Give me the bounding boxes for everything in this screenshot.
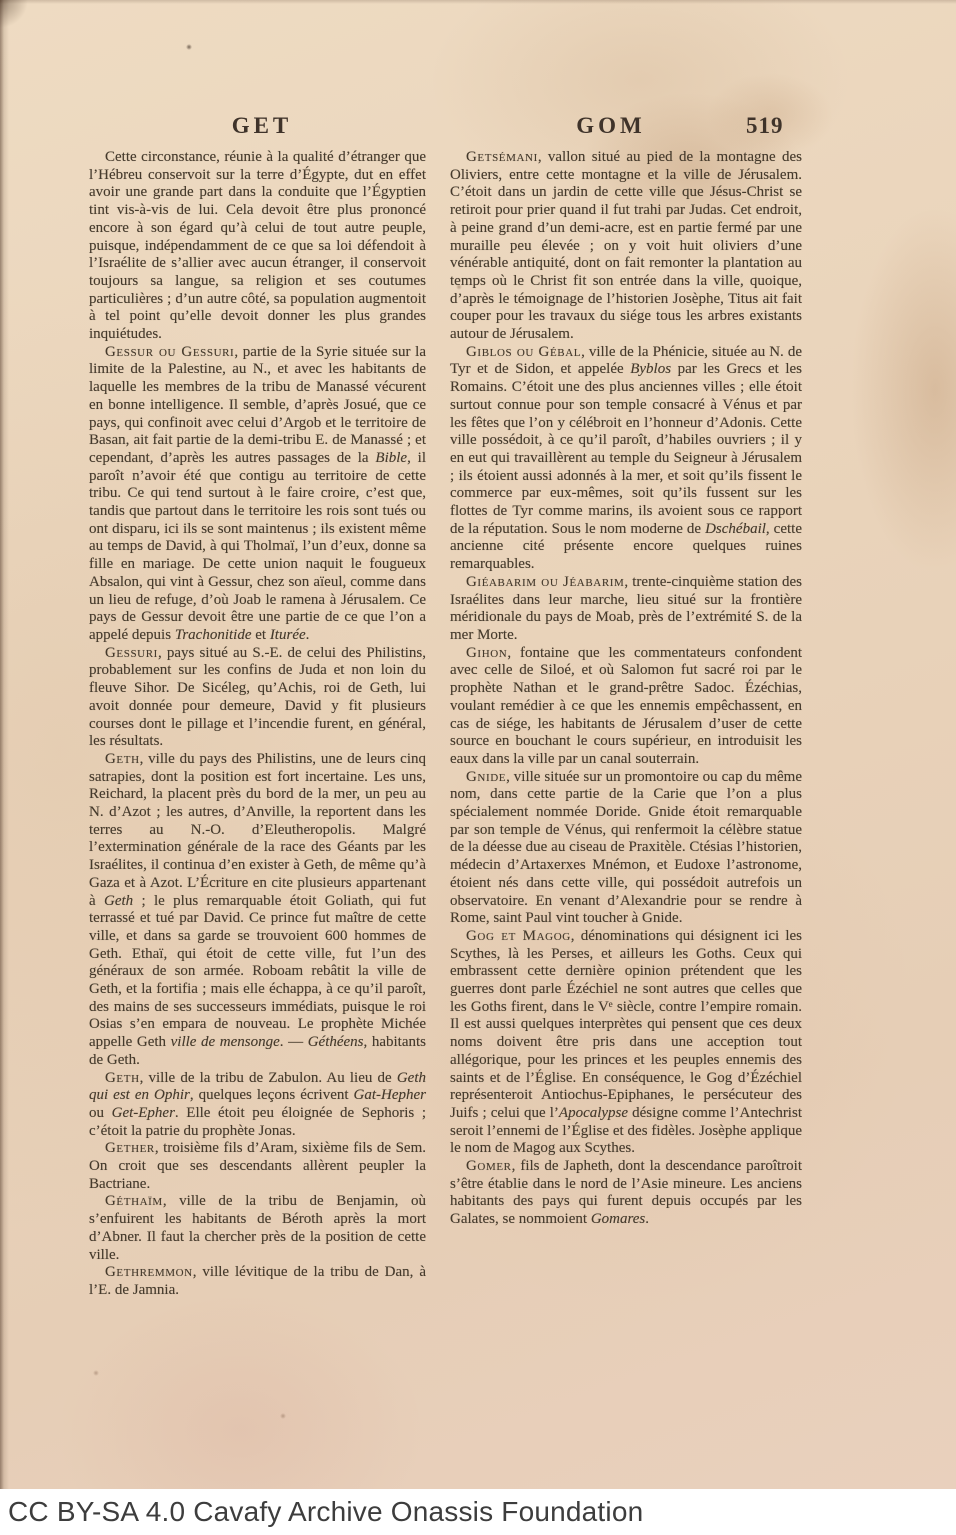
page-number: 519: [746, 113, 784, 139]
italic-phrase: Geth: [104, 893, 133, 909]
entry-term: Gnide: [466, 769, 506, 785]
entry-term: Gessur ou Gessuri: [105, 344, 234, 360]
dictionary-entry: Giblos ou Gébal, ville de la Phénicie, s…: [450, 344, 802, 574]
text-column-right: Getsémani, vallon situé au pied de la mo…: [450, 149, 802, 1229]
entry-term: Geth: [105, 751, 140, 767]
entry-term: Gomer: [466, 1158, 512, 1174]
italic-phrase: Géthéens: [308, 1034, 364, 1050]
dictionary-entry: Gihon, fontaine que les commentateurs co…: [450, 645, 802, 769]
entry-term: Giblos ou Gébal: [466, 344, 581, 360]
scanned-book-page: GET GOM 519 Cette circonstance, réunie à…: [0, 0, 956, 1535]
entry-term: Gihon: [466, 645, 507, 661]
entry-term: Getsémani: [466, 149, 538, 165]
dictionary-entry: Geth, ville de la tribu de Zabulon. Au l…: [89, 1070, 426, 1141]
italic-phrase: Byblos: [630, 361, 671, 377]
italic-phrase: Dschébail: [705, 521, 766, 537]
entry-term: Geth: [105, 1070, 140, 1086]
dictionary-entry: Giéabarim ou Jéabarim, trente-cinquième …: [450, 574, 802, 645]
dictionary-entry: Gethremmon, ville lévitique de la tribu …: [89, 1264, 426, 1299]
dictionary-entry: Géthaïm, ville de la tribu de Benjamin, …: [89, 1193, 426, 1264]
italic-phrase: Gat-Hepher: [354, 1087, 426, 1103]
dictionary-entry: Gomer, fils de Japheth, dont la descenda…: [450, 1158, 802, 1229]
entry-term: Gessuri: [105, 645, 158, 661]
italic-phrase: Trachonitide: [175, 627, 252, 643]
text-column-left: Cette circonstance, réunie à la qualité …: [89, 149, 426, 1300]
italic-phrase: Bible: [375, 450, 407, 466]
italic-phrase: Apocalypse: [559, 1105, 628, 1121]
italic-phrase: ville de mensonge: [171, 1034, 280, 1050]
dictionary-entry: Gessur ou Gessuri, partie de la Syrie si…: [89, 344, 426, 645]
running-title-left: GET: [92, 113, 432, 139]
italic-phrase: Gomares: [591, 1211, 645, 1227]
dictionary-entry: Gog et Magog, dénominations qui désignen…: [450, 928, 802, 1158]
dictionary-entry: Cette circonstance, réunie à la qualité …: [89, 149, 426, 344]
entry-term: Gethremmon: [105, 1264, 193, 1280]
license-caption-text: CC BY-SA 4.0 Cavafy Archive Onassis Foun…: [8, 1496, 643, 1528]
entry-term: Géthaïm: [105, 1193, 163, 1209]
dictionary-entry: Gether, troisième fils d’Aram, sixième f…: [89, 1140, 426, 1193]
dictionary-entry: Geth, ville du pays des Philistins, une …: [89, 751, 426, 1070]
italic-phrase: Iturée: [270, 627, 306, 643]
license-caption-bar: CC BY-SA 4.0 Cavafy Archive Onassis Foun…: [0, 1489, 956, 1535]
entry-term: Gog et Magog: [466, 928, 571, 944]
entry-term: Gether: [105, 1140, 155, 1156]
dictionary-entry: Getsémani, vallon situé au pied de la mo…: [450, 149, 802, 344]
running-title-right: GOM: [450, 113, 772, 139]
entry-term: Giéabarim ou Jéabarim: [466, 574, 624, 590]
dictionary-entry: Gessuri, pays situé au S.-E. de celui de…: [89, 645, 426, 751]
italic-phrase: Get-Epher: [112, 1105, 175, 1121]
dictionary-entry: Gnide, ville située sur un promontoire o…: [450, 769, 802, 928]
